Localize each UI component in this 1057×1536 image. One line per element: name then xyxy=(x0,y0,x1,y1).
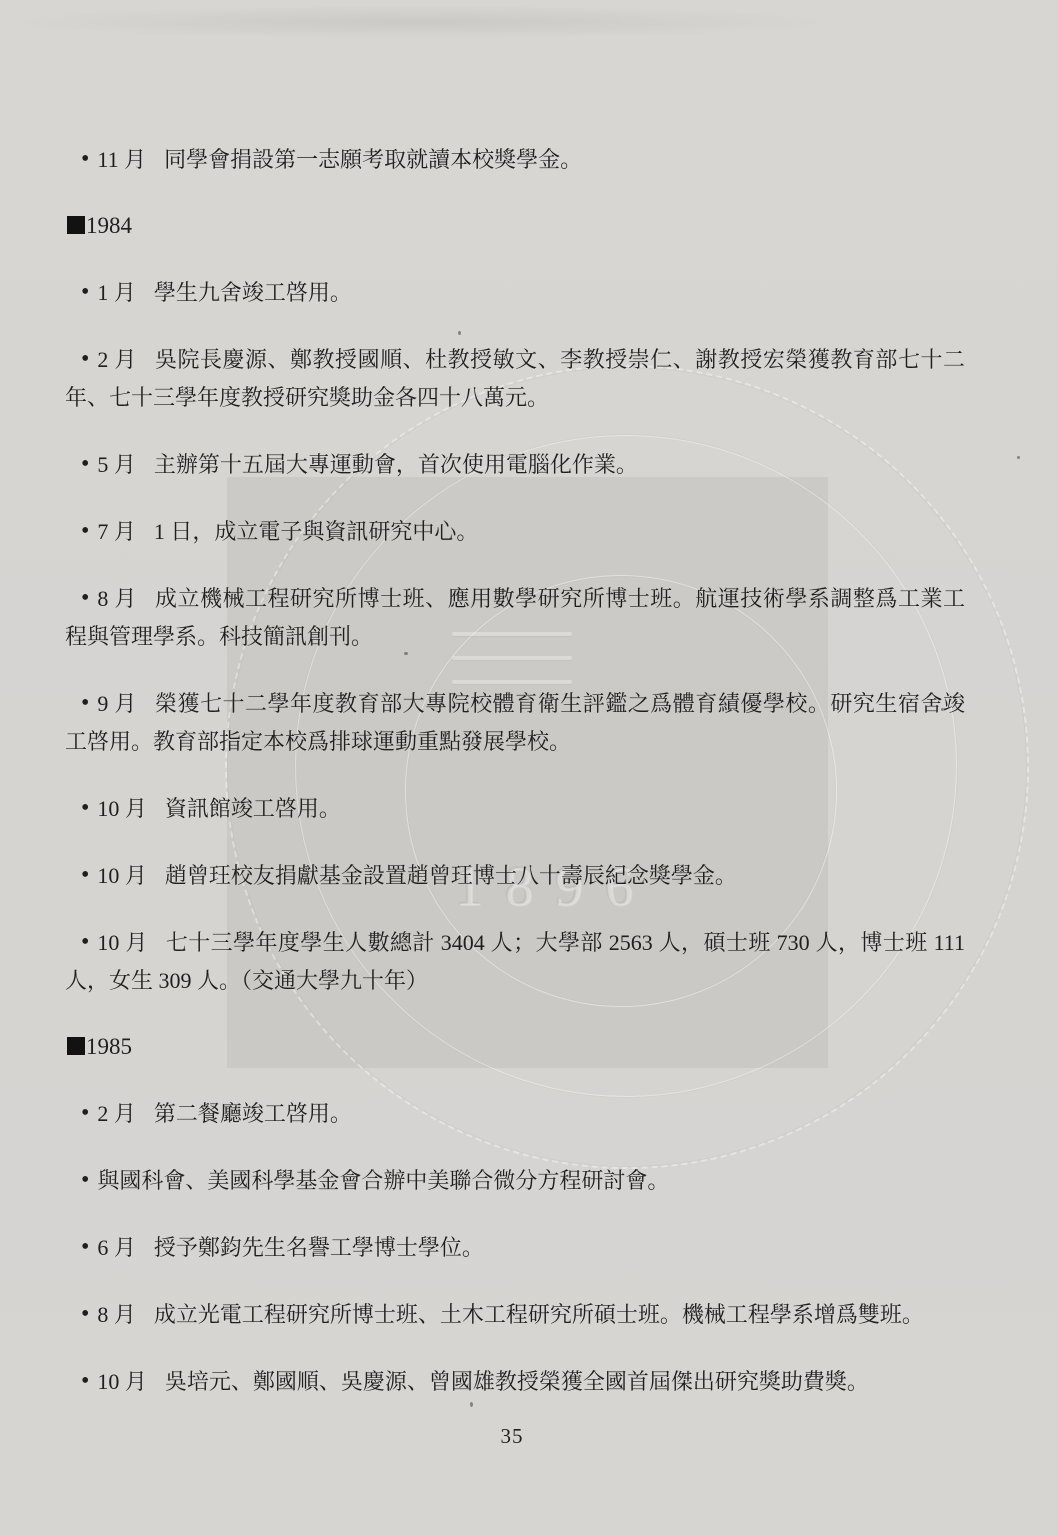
scanned-document-page: 1896 •11 月同學會捐設第一志願考取就讀本校獎學金。1984•1 月學生九… xyxy=(0,0,1057,1536)
entry-month: 10 月 xyxy=(97,863,147,888)
entry-text: 同學會捐設第一志願考取就讀本校獎學金。 xyxy=(164,147,582,172)
bullet-icon: • xyxy=(81,512,89,550)
entry-text: 1 日，成立電子與資訊研究中心。 xyxy=(154,519,479,544)
entry-month: 2 月 xyxy=(97,347,137,372)
timeline-entry: •10 月吳培元、鄭國順、吳慶源、曾國雄教授榮獲全國首屆傑出研究獎助費獎。 xyxy=(65,1362,965,1401)
entry-month: 6 月 xyxy=(97,1235,136,1260)
entry-text: 榮獲七十二學年度教育部大專院校體育衛生評鑑之爲體育績優學校。研究生宿舍竣工啓用。… xyxy=(65,691,965,754)
year-heading: 1984 xyxy=(65,207,965,245)
entry-month: 10 月 xyxy=(97,1369,147,1394)
entry-text: 吳院長慶源、鄭教授國順、杜教授敏文、李教授崇仁、謝教授宏榮獲教育部七十二年、七十… xyxy=(65,347,965,410)
timeline-entry: •6 月授予鄭鈞先生名譽工學博士學位。 xyxy=(65,1228,965,1267)
entry-text: 第二餐廳竣工啓用。 xyxy=(154,1101,352,1126)
entry-text: 與國科會、美國科學基金會合辦中美聯合微分方程研討會。 xyxy=(97,1168,669,1193)
year-marker-icon xyxy=(67,1037,85,1055)
bullet-icon: • xyxy=(81,140,89,178)
entry-month: 1 月 xyxy=(97,280,136,305)
timeline-entry: •2 月吳院長慶源、鄭教授國順、杜教授敏文、李教授崇仁、謝教授宏榮獲教育部七十二… xyxy=(65,340,965,417)
bullet-icon: • xyxy=(81,445,89,483)
chronology-timeline: •11 月同學會捐設第一志願考取就讀本校獎學金。1984•1 月學生九舍竣工啓用… xyxy=(65,0,965,1429)
year-label: 1984 xyxy=(86,213,132,238)
timeline-entry: •與國科會、美國科學基金會合辦中美聯合微分方程研討會。 xyxy=(65,1161,965,1200)
timeline-entry: •7 月1 日，成立電子與資訊研究中心。 xyxy=(65,512,965,551)
timeline-entry: •8 月成立機械工程研究所博士班、應用數學研究所博士班。航運技術學系調整爲工業工… xyxy=(65,579,965,656)
entry-month: 10 月 xyxy=(97,796,147,821)
entry-month: 2 月 xyxy=(97,1101,136,1126)
timeline-entry: •11 月同學會捐設第一志願考取就讀本校獎學金。 xyxy=(65,140,965,179)
entry-month: 8 月 xyxy=(97,586,137,611)
bullet-icon: • xyxy=(81,340,89,378)
timeline-entry: •10 月七十三學年度學生人數總計 3404 人；大學部 2563 人，碩士班 … xyxy=(65,923,965,1000)
timeline-entry: •9 月榮獲七十二學年度教育部大專院校體育衛生評鑑之爲體育績優學校。研究生宿舍竣… xyxy=(65,684,965,761)
entry-text: 資訊館竣工啓用。 xyxy=(165,796,341,821)
entry-text: 成立光電工程研究所博士班、土木工程研究所碩士班。機械工程學系增爲雙班。 xyxy=(154,1302,924,1327)
entry-text: 主辦第十五屆大專運動會，首次使用電腦化作業。 xyxy=(154,452,638,477)
bullet-icon: • xyxy=(81,923,89,961)
scan-speck xyxy=(1017,456,1020,459)
bullet-icon: • xyxy=(81,1094,89,1132)
year-label: 1985 xyxy=(86,1034,132,1059)
page-number: 35 xyxy=(0,1424,1024,1449)
bullet-icon: • xyxy=(81,1228,89,1266)
entry-month: 11 月 xyxy=(97,147,146,172)
entry-month: 9 月 xyxy=(97,691,137,716)
entry-text: 授予鄭鈞先生名譽工學博士學位。 xyxy=(154,1235,484,1260)
timeline-entry: •10 月資訊館竣工啓用。 xyxy=(65,789,965,828)
entry-month: 8 月 xyxy=(97,1302,136,1327)
entry-month: 10 月 xyxy=(97,930,147,955)
entry-text: 趙曾玨校友捐獻基金設置趙曾玨博士八十壽辰紀念獎學金。 xyxy=(165,863,737,888)
timeline-entry: •5 月主辦第十五屆大專運動會，首次使用電腦化作業。 xyxy=(65,445,965,484)
bullet-icon: • xyxy=(81,273,89,311)
bullet-icon: • xyxy=(81,1362,89,1400)
entry-month: 5 月 xyxy=(97,452,136,477)
timeline-entry: •2 月第二餐廳竣工啓用。 xyxy=(65,1094,965,1133)
entry-text: 學生九舍竣工啓用。 xyxy=(154,280,352,305)
year-heading: 1985 xyxy=(65,1028,965,1066)
bullet-icon: • xyxy=(81,1161,89,1199)
bullet-icon: • xyxy=(81,1295,89,1333)
bullet-icon: • xyxy=(81,789,89,827)
bullet-icon: • xyxy=(81,684,89,722)
bullet-icon: • xyxy=(81,579,89,617)
entry-text: 吳培元、鄭國順、吳慶源、曾國雄教授榮獲全國首屆傑出研究獎助費獎。 xyxy=(165,1369,869,1394)
entry-text: 七十三學年度學生人數總計 3404 人；大學部 2563 人，碩士班 730 人… xyxy=(65,930,965,993)
timeline-entry: •10 月趙曾玨校友捐獻基金設置趙曾玨博士八十壽辰紀念獎學金。 xyxy=(65,856,965,895)
year-marker-icon xyxy=(67,216,85,234)
entry-month: 7 月 xyxy=(97,519,136,544)
timeline-entry: •1 月學生九舍竣工啓用。 xyxy=(65,273,965,312)
timeline-entry: •8 月成立光電工程研究所博士班、土木工程研究所碩士班。機械工程學系增爲雙班。 xyxy=(65,1295,965,1334)
bullet-icon: • xyxy=(81,856,89,894)
entry-text: 成立機械工程研究所博士班、應用數學研究所博士班。航運技術學系調整爲工業工程與管理… xyxy=(65,586,965,649)
